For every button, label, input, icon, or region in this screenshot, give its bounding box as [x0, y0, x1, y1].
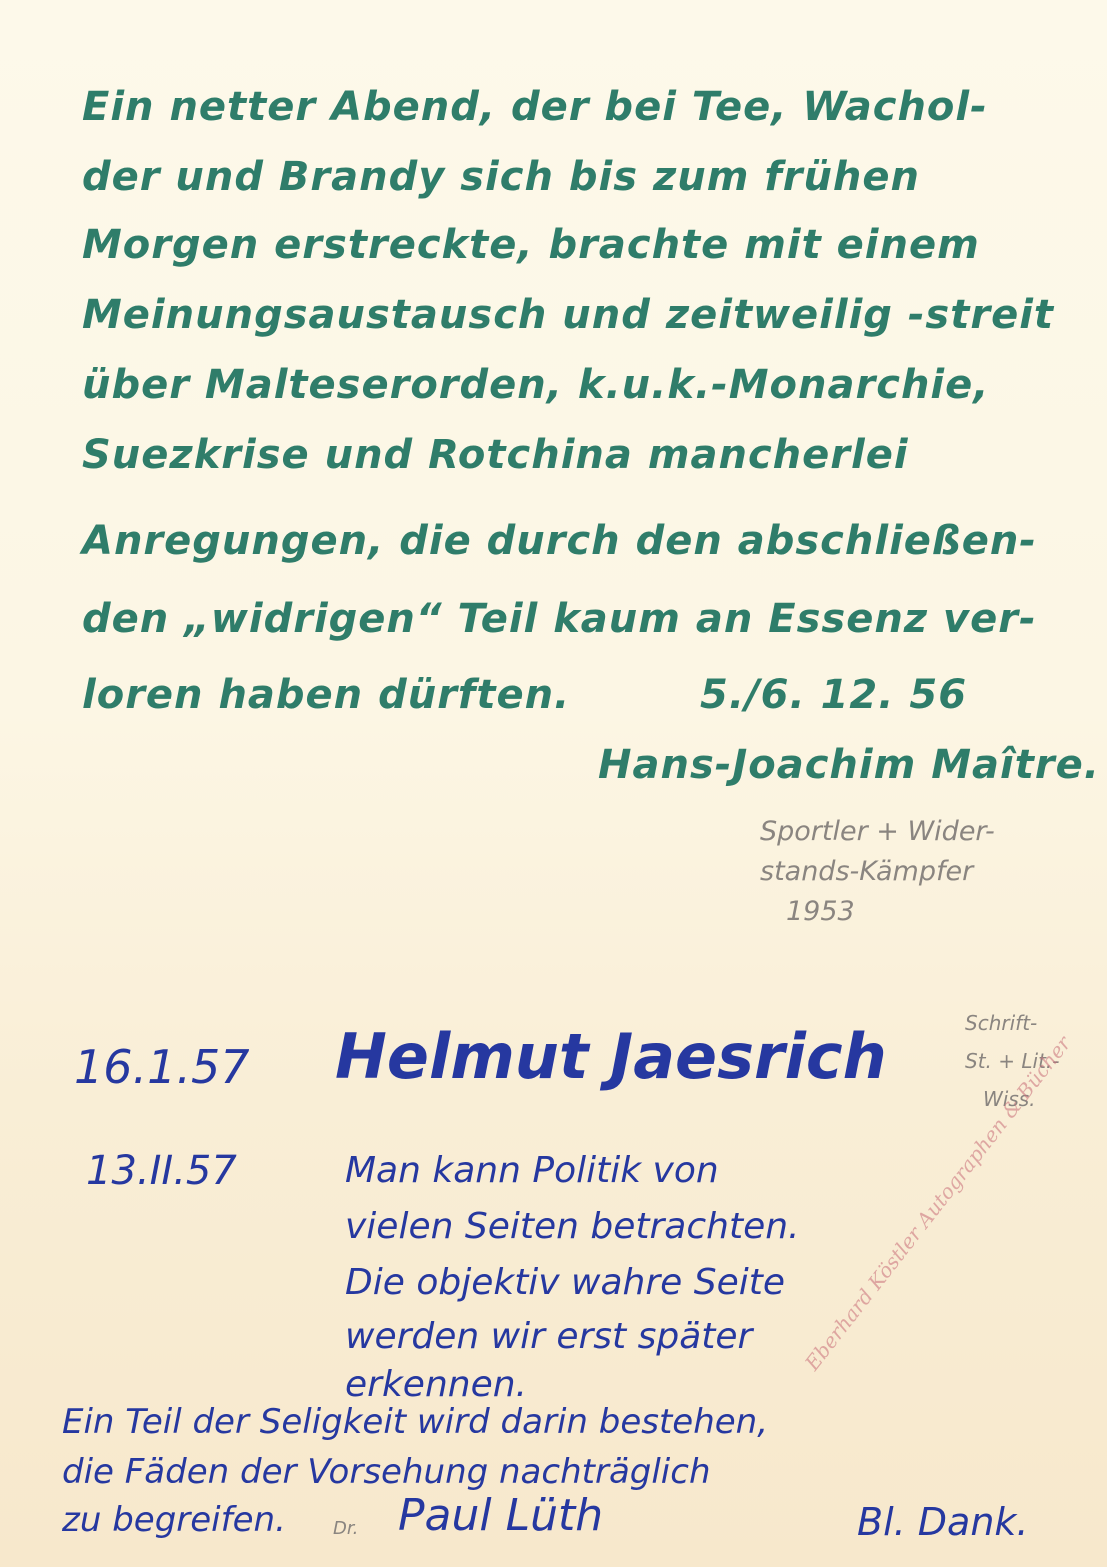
guestbook-page: Ein netter Abend, der bei Tee, Wachol- d…	[0, 0, 1107, 1567]
note-line: Schrift-	[965, 1004, 1059, 1042]
text-line: den „widrigen“ Teil kaum an Essenz ver-	[82, 596, 1037, 642]
text-line: loren haben dürften.	[82, 672, 570, 718]
text-line: erkennen.	[345, 1364, 527, 1405]
text-line: Die objektiv wahre Seite	[345, 1262, 785, 1303]
text-line: Ein netter Abend, der bei Tee, Wachol-	[82, 84, 988, 130]
text-line: Meinungsaustausch und zeitweilig -streit	[82, 292, 1054, 338]
text-line: die Fäden der Vorsehung nachträglich	[62, 1452, 711, 1492]
signature: Helmut Jaesrich	[335, 1020, 887, 1093]
entry-date: 5./6. 12. 56	[700, 672, 967, 718]
signature: Paul Lüth	[398, 1490, 603, 1541]
note-line: stands-Kämpfer	[760, 852, 995, 892]
closing-thanks: Bl. Dank.	[857, 1500, 1029, 1544]
note-line: 1953	[760, 892, 995, 932]
entry-date: 13.II.57	[86, 1148, 237, 1194]
text-line: der und Brandy sich bis zum frühen	[82, 154, 920, 200]
text-line: Morgen erstreckte, brachte mit einem	[82, 222, 980, 268]
pencil-annotation: Sportler + Wider- stands-Kämpfer 1953	[760, 812, 995, 932]
text-line: Ein Teil der Seligkeit wird darin besteh…	[62, 1402, 768, 1442]
text-line: zu begreifen.	[62, 1500, 286, 1540]
signature: Hans-Joachim Maître.	[598, 742, 1100, 788]
entry-date: 16.1.57	[74, 1040, 250, 1094]
text-line: werden wir erst später	[345, 1316, 752, 1357]
text-line: Man kann Politik von	[345, 1150, 719, 1191]
text-line: Suezkrise und Rotchina mancherlei	[82, 432, 909, 478]
text-line: über Malteserorden, k.u.k.-Monarchie,	[82, 362, 989, 408]
text-line: Anregungen, die durch den abschließen-	[82, 518, 1037, 564]
text-line: vielen Seiten betrachten.	[345, 1206, 800, 1247]
note-line: Sportler + Wider-	[760, 812, 995, 852]
title-prefix: Dr.	[333, 1518, 358, 1539]
